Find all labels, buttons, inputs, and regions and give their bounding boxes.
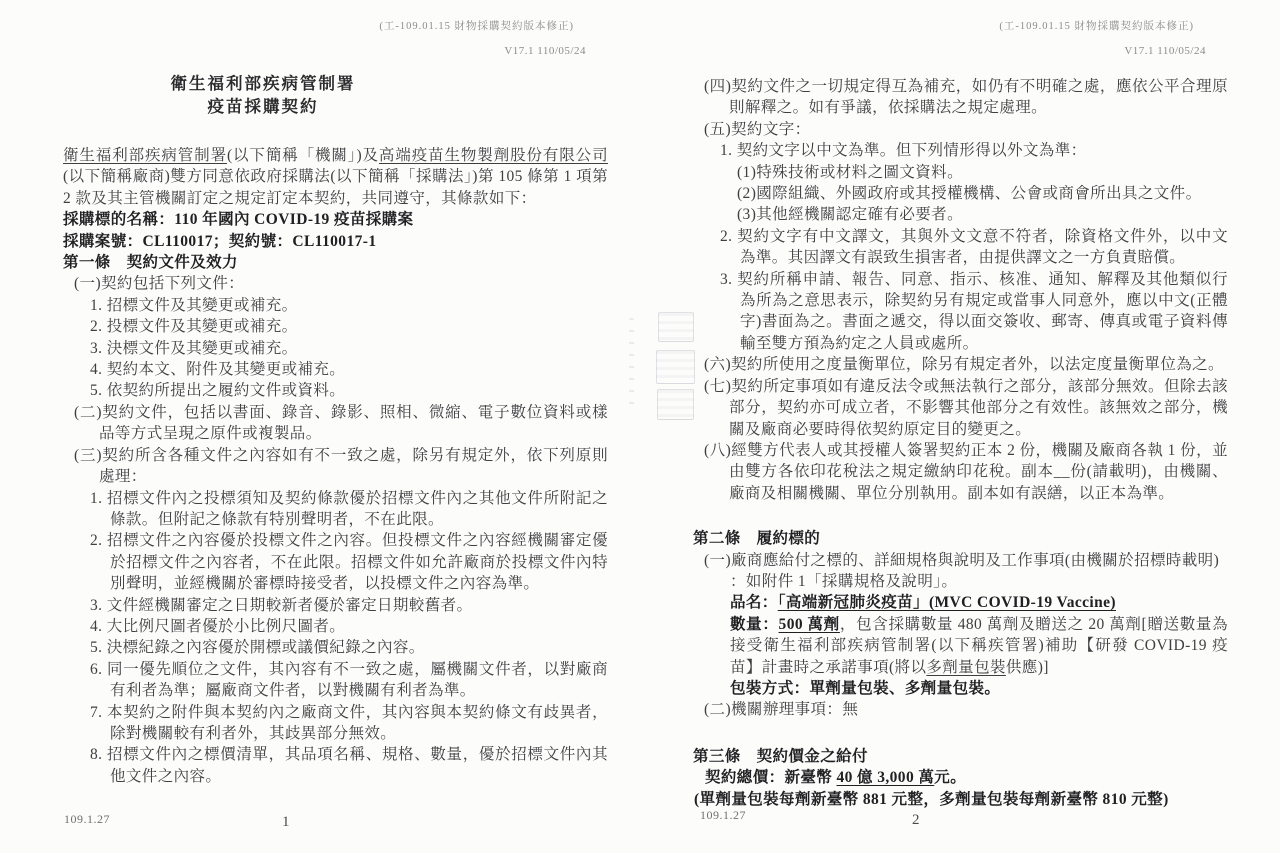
text-segment: 3. 文件經機關審定之日期較新者優於審定日期較舊者。 xyxy=(90,597,472,614)
text-segment: 6. 同一優先順位之文件，其內容有不一致之處，屬機關文件者，以對廠商有利者為準；… xyxy=(90,661,608,699)
text-segment: 1. 招標文件及其變更或補充。 xyxy=(90,297,298,314)
contract-paragraph: 2. 投標文件及其變更或補充。 xyxy=(63,316,608,337)
page2-header: (工-109.01.15 財物採購契約版本修正) V17.1 110/05/24 xyxy=(693,0,1228,58)
text-segment: 高端疫苗生物製劑股份有限公司 xyxy=(379,147,608,164)
contract-paragraph: 4. 大比例尺圖者優於小比例尺圖者。 xyxy=(63,616,608,637)
text-segment: 2. 契約文字有中文譯文，其與外文文意不符者，除資格文件外，以中文為準。其因譯文… xyxy=(720,228,1228,266)
contract-paragraph: (四)契約文件之一切規定得互為補充，如仍有不明確之處，應依公平合理原則解釋之。如… xyxy=(693,76,1228,119)
text-segment: 第二條 履約標的 xyxy=(693,530,820,547)
contract-paragraph: (二)機關辦理事項：無 xyxy=(693,699,1228,720)
contract-paragraph: (3)其他經機關認定確有必要者。 xyxy=(693,204,1228,225)
contract-paragraph: (一)契約包括下列文件： xyxy=(63,273,608,294)
contract-paragraph: ：如附件 1「採購規格及說明」。 xyxy=(693,571,1228,592)
text-segment: (單劑量包裝每劑新臺幣 881 元整，多劑量包裝每劑新臺幣 810 元整) xyxy=(694,791,1169,808)
text-segment: (二)機關辦理事項：無 xyxy=(704,701,858,718)
page-2: (工-109.01.15 財物採購契約版本修正) V17.1 110/05/24… xyxy=(693,0,1228,810)
scanned-contract-document: (工-109.01.15 財物採購契約版本修正) V17.1 110/05/24… xyxy=(0,0,1280,853)
text-segment: (一)契約包括下列文件： xyxy=(74,275,244,292)
text-segment: (一)廠商應給付之標的、詳細規格與說明及工作事項(由機關於招標時載明) xyxy=(704,552,1219,569)
contract-paragraph: 2. 招標文件之內容優於投標文件之內容。但投標文件之內容經機關審定優於招標文件之… xyxy=(63,530,608,594)
text-segment: 衛生福利部疾病管制署 xyxy=(63,147,227,164)
contract-paragraph: (二)契約文件，包括以書面、錄音、錄影、照相、微縮、電子數位資料或樣品等方式呈現… xyxy=(63,402,608,445)
contract-paragraph: 3. 決標文件及其變更或補充。 xyxy=(63,338,608,359)
contract-paragraph: 4. 契約本文、附件及其變更或補充。 xyxy=(63,359,608,380)
text-segment: 元。 xyxy=(934,769,966,786)
text-segment: (八)經雙方代表人或其授權人簽署契約正本 2 份，機關及廠商各執 1 份，並由雙… xyxy=(704,442,1228,502)
contract-paragraph: (七)契約所定事項如有違反法令或無法執行之部分，該部分無效。但除去該部分，契約亦… xyxy=(693,376,1228,440)
text-segment: 4. 契約本文、附件及其變更或補充。 xyxy=(90,361,345,378)
page2-page-number: 2 xyxy=(912,812,920,829)
contract-paragraph: 採購案號：CL110017；契約號：CL110017-1 xyxy=(63,231,608,252)
contract-paragraph: (一)廠商應給付之標的、詳細規格與說明及工作事項(由機關於招標時載明) xyxy=(693,550,1228,571)
text-segment: 採購標的名稱：110 年國內 COVID-19 疫苗採購案 xyxy=(63,211,413,228)
contract-paragraph: 1. 招標文件及其變更或補充。 xyxy=(63,295,608,316)
contract-paragraph: 1. 契約文字以中文為準。但下列情形得以外文為準： xyxy=(693,140,1228,161)
text-segment: (以下簡稱「機關」)及 xyxy=(227,147,379,164)
contract-paragraph: (八)經雙方代表人或其授權人簽署契約正本 2 份，機關及廠商各執 1 份，並由雙… xyxy=(693,440,1228,504)
contract-paragraph: 品名：「高端新冠肺炎疫苗」(MVC COVID-19 Vaccine) xyxy=(693,592,1228,613)
text-segment: 供應)] xyxy=(1006,659,1049,676)
contract-paragraph: 3. 契約所稱申請、報告、同意、指示、核准、通知、解釋及其他類似行為所為之意思表… xyxy=(693,269,1228,355)
text-segment: 1. 招標文件內之投標須知及契約條款優於招標文件內之其他文件所附記之條款。但附記… xyxy=(90,490,608,528)
faint-seal-mark xyxy=(657,389,694,420)
contract-paragraph: 包裝方式：單劑量包裝、多劑量包裝。 xyxy=(693,678,1228,699)
faint-seal-mark xyxy=(656,350,695,384)
text-segment: 500 萬劑 xyxy=(779,616,840,633)
text-segment: 4. 大比例尺圖者優於小比例尺圖者。 xyxy=(90,618,345,635)
contract-paragraph: 8. 招標文件內之標價清單，其品項名稱、規格、數量，優於招標文件內其他文件之內容… xyxy=(63,744,608,787)
page1-footer-date: 109.1.27 xyxy=(64,812,110,827)
contract-paragraph: (五)契約文字： xyxy=(693,119,1228,140)
contract-paragraph: 第三條 契約價金之給付 xyxy=(693,746,1228,767)
version-label: V17.1 110/05/24 xyxy=(63,45,608,58)
contract-paragraph: 1. 招標文件內之投標須知及契約條款優於招標文件內之其他文件所附記之條款。但附記… xyxy=(63,488,608,531)
text-segment: (四)契約文件之一切規定得互為補充，如仍有不明確之處，應依公平合理原則解釋之。如… xyxy=(704,78,1228,116)
text-segment: ：如附件 1「採購規格及說明」。 xyxy=(730,573,957,590)
version-label: V17.1 110/05/24 xyxy=(693,45,1228,58)
text-segment: 3. 契約所稱申請、報告、同意、指示、核准、通知、解釋及其他類似行為所為之意思表… xyxy=(720,271,1228,352)
text-segment: 5. 依契約所提出之履約文件或資料。 xyxy=(90,382,345,399)
text-segment: (3)其他經機關認定確有必要者。 xyxy=(737,206,963,223)
text-segment: 2. 投標文件及其變更或補充。 xyxy=(90,318,298,335)
contract-paragraph: (2)國際組織、外國政府或其授權機構、公會或商會所出具之文件。 xyxy=(693,183,1228,204)
text-segment: (二)契約文件，包括以書面、錄音、錄影、照相、微縮、電子數位資料或樣品等方式呈現… xyxy=(74,404,608,442)
faint-seal-mark xyxy=(629,318,634,410)
title-line-2: 疫苗採購契約 xyxy=(63,95,463,118)
page1-body: 衛生福利部疾病管制署(以下簡稱「機關」)及高端疫苗生物製劑股份有限公司(以下簡稱… xyxy=(63,145,608,787)
contract-paragraph: 衛生福利部疾病管制署(以下簡稱「機關」)及高端疫苗生物製劑股份有限公司(以下簡稱… xyxy=(63,145,608,209)
text-segment: (三)契約所含各種文件之內容如有不一致之處，除另有規定外，依下列原則處理： xyxy=(74,447,608,485)
text-segment: (六)契約所使用之度量衡單位，除另有規定者外，以法定度量衡單位為之。 xyxy=(704,356,1224,373)
contract-paragraph: (三)契約所含各種文件之內容如有不一致之處，除另有規定外，依下列原則處理： xyxy=(63,445,608,488)
contract-paragraph: 採購標的名稱：110 年國內 COVID-19 疫苗採購案 xyxy=(63,209,608,230)
text-segment: 第一條 契約文件及效力 xyxy=(63,254,238,271)
contract-paragraph: (1)特殊技術或材料之圖文資料。 xyxy=(693,162,1228,183)
page2-body: (四)契約文件之一切規定得互為補充，如仍有不明確之處，應依公平合理原則解釋之。如… xyxy=(693,76,1228,810)
page1-header: (工-109.01.15 財物採購契約版本修正) V17.1 110/05/24 xyxy=(63,0,608,58)
contract-paragraph: 第一條 契約文件及效力 xyxy=(63,252,608,273)
title-line-1: 衛生福利部疾病管制署 xyxy=(63,72,463,95)
text-segment: (2)國際組織、外國政府或其授權機構、公會或商會所出具之文件。 xyxy=(737,185,1201,202)
revision-note: (工-109.01.15 財物採購契約版本修正) xyxy=(63,20,608,33)
text-segment: 包裝方式：單劑量包裝、多劑量包裝。 xyxy=(730,680,1000,697)
contract-paragraph: (單劑量包裝每劑新臺幣 881 元整，多劑量包裝每劑新臺幣 810 元整) xyxy=(693,789,1228,810)
contract-paragraph: (六)契約所使用之度量衡單位，除另有規定者外，以法定度量衡單位為之。 xyxy=(693,354,1228,375)
text-segment: 1. 契約文字以中文為準。但下列情形得以外文為準： xyxy=(720,142,1087,159)
text-segment: (1)特殊技術或材料之圖文資料。 xyxy=(737,164,963,181)
text-segment: 2. 招標文件之內容優於投標文件之內容。但投標文件之內容經機關審定優於招標文件之… xyxy=(90,532,608,592)
contract-paragraph: 數量：500 萬劑，包含採購數量 480 萬劑及贈送之 20 萬劑[贈送數量為接… xyxy=(693,614,1228,678)
text-segment: (七)契約所定事項如有違反法令或無法執行之部分，該部分無效。但除去該部分，契約亦… xyxy=(704,378,1228,438)
faint-seal-mark xyxy=(658,312,694,342)
text-segment: 採購案號：CL110017；契約號：CL110017-1 xyxy=(63,233,376,250)
page-1: (工-109.01.15 財物採購契約版本修正) V17.1 110/05/24… xyxy=(63,0,608,787)
text-segment: 3. 決標文件及其變更或補充。 xyxy=(90,340,298,357)
text-segment: 8. 招標文件內之標價清單，其品項名稱、規格、數量，優於招標文件內其他文件之內容… xyxy=(90,746,608,784)
contract-paragraph: 5. 決標紀錄之內容優於開標或議價紀錄之內容。 xyxy=(63,637,608,658)
contract-paragraph: 2. 契約文字有中文譯文，其與外文文意不符者，除資格文件外，以中文為準。其因譯文… xyxy=(693,226,1228,269)
contract-paragraph: 6. 同一優先順位之文件，其內容有不一致之處，屬機關文件者，以對廠商有利者為準；… xyxy=(63,659,608,702)
text-segment: 40 億 3,000 萬 xyxy=(836,769,934,786)
contract-paragraph: 契約總價：新臺幣 40 億 3,000 萬元。 xyxy=(693,767,1228,788)
contract-paragraph: 5. 依契約所提出之履約文件或資料。 xyxy=(63,380,608,401)
document-title: 衛生福利部疾病管制署 疫苗採購契約 xyxy=(63,72,463,118)
text-segment: 「高端新冠肺炎疫苗」(MVC COVID-19 Vaccine) xyxy=(778,594,1116,611)
text-segment: 契約總價：新臺幣 xyxy=(705,769,836,786)
contract-paragraph: 第二條 履約標的 xyxy=(693,528,1228,549)
revision-note: (工-109.01.15 財物採購契約版本修正) xyxy=(693,20,1228,33)
text-segment: (以下簡稱廠商)雙方同意依政府採購法(以下簡稱「採購法」)第 105 條第 1 … xyxy=(63,168,608,206)
page2-footer-date: 109.1.27 xyxy=(700,808,746,823)
text-segment: 數量： xyxy=(730,616,779,633)
text-segment: (五)契約文字： xyxy=(704,121,811,138)
text-segment: 7. 本契約之附件與本契約內之廠商文件，其內容與本契約條文有歧異者，除對機關較有… xyxy=(90,704,608,742)
text-segment: 5. 決標紀錄之內容優於開標或議價紀錄之內容。 xyxy=(90,639,425,656)
page1-page-number: 1 xyxy=(282,814,290,831)
text-segment: 第三條 契約價金之給付 xyxy=(693,748,868,765)
contract-paragraph: 3. 文件經機關審定之日期較新者優於審定日期較舊者。 xyxy=(63,595,608,616)
text-segment: 品名： xyxy=(730,594,778,611)
text-segment: 多劑量包裝 xyxy=(926,659,1006,676)
contract-paragraph: 7. 本契約之附件與本契約內之廠商文件，其內容與本契約條文有歧異者，除對機關較有… xyxy=(63,702,608,745)
